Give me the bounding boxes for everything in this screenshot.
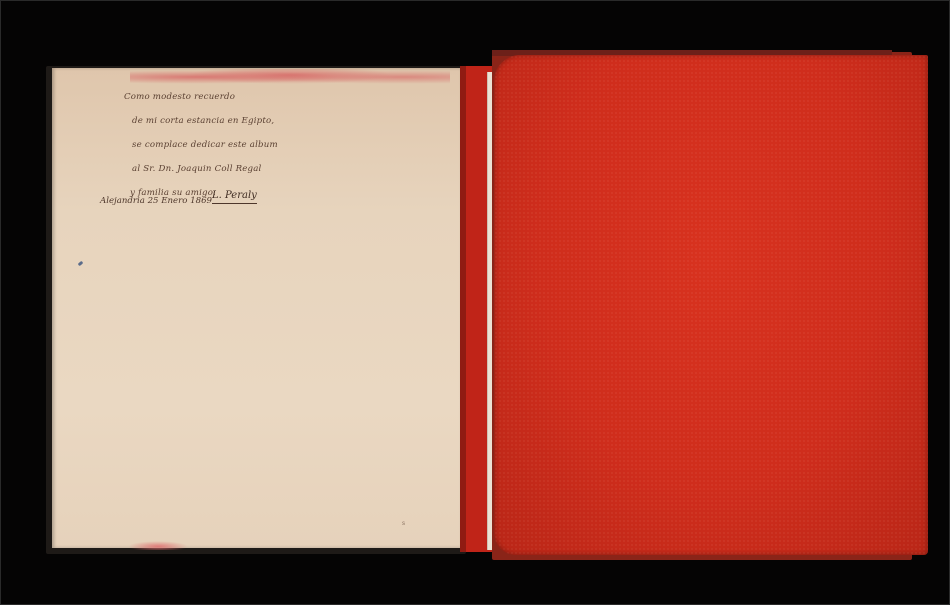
page-mark: s — [402, 520, 405, 527]
dedication-line-2: de mi corta estancia en Egipto, — [100, 109, 300, 133]
signature: L. Peraly — [212, 190, 257, 204]
dedication-line-4: al Sr. Dn. Joaquin Coll Regal — [100, 157, 300, 181]
spine-shadow — [460, 66, 466, 552]
handwritten-dedication: Como modesto recuerdo de mi corta estanc… — [100, 85, 300, 181]
place-date-line: Alejandria 25 Enero 1869 — [100, 196, 212, 206]
cloth-texture — [494, 55, 928, 555]
bottom-red-stain — [128, 541, 188, 550]
dedication-line-1: Como modesto recuerdo — [100, 85, 300, 109]
dedication-line-3: se complace dedicar este album — [100, 133, 300, 157]
